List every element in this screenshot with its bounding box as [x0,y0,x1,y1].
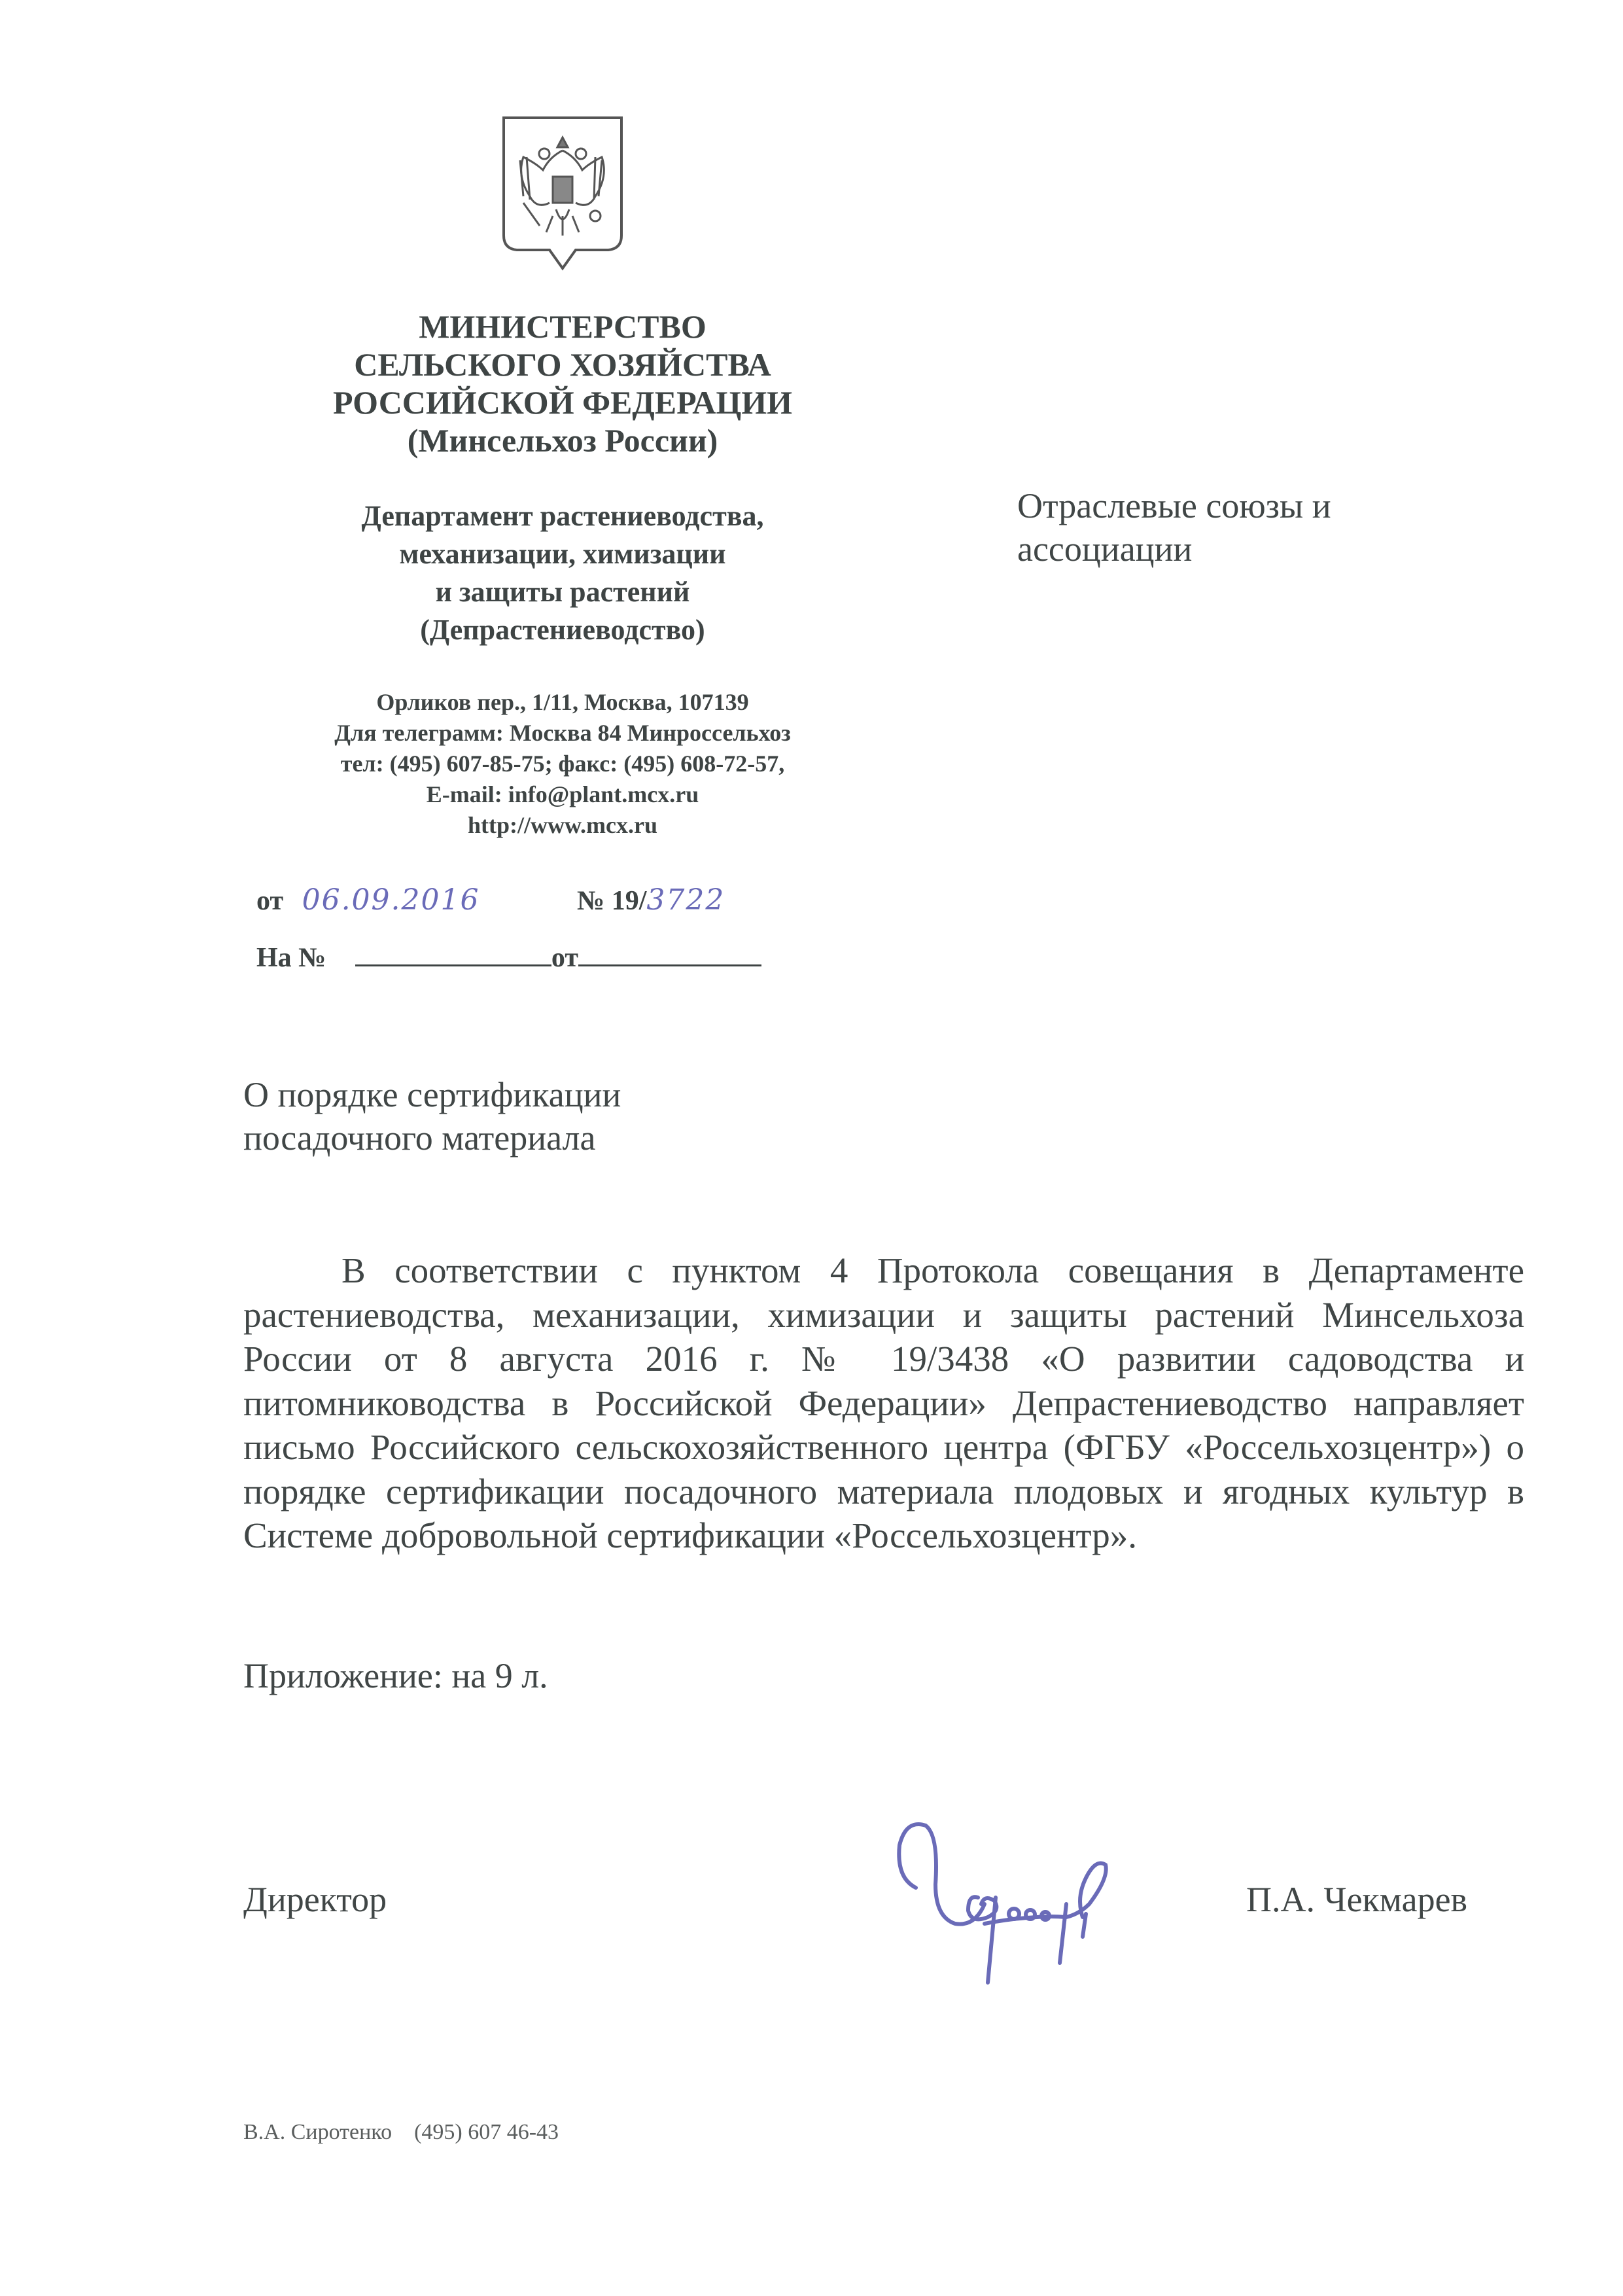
body-paragraph: В соответствии с пунктом 4 Протокола сов… [243,1248,1524,1558]
signatory-name: П.А. Чекмарев [1246,1879,1467,1920]
website-link[interactable]: http://www.mcx.ru [249,810,877,841]
phone-fax: тел: (495) 607-85-75; факс: (495) 608-72… [249,749,877,779]
attachment-note: Приложение: на 9 л. [243,1655,548,1696]
ministry-line: МИНИСТЕРСТВО [249,308,877,345]
ministry-short-name: (Минсельхоз России) [249,421,877,459]
subject-line: посадочного материала [243,1116,621,1159]
number-label: № 19/ [577,886,646,916]
subject-line: О порядке сертификации [243,1073,621,1116]
telegram-address: Для телеграмм: Москва 84 Минроссельхоз [249,718,877,749]
outgoing-number: № 19/3722 [577,883,725,917]
addressee-line: ассоциации [1017,527,1331,571]
outgoing-date: от 06.09.2016 [256,883,480,917]
reply-number-blank [355,942,551,966]
reply-label: На № [256,943,326,973]
executor-contact: В.А. Сиротенко (495) 607 46-43 [243,2120,559,2145]
department-short-name: (Депрастениеводство) [249,611,877,649]
department-line: механизации, химизации [249,535,877,573]
reply-reference: На № от [256,942,761,974]
letter-subject: О порядке сертификации посадочного матер… [243,1073,621,1159]
handwritten-signature-icon [870,1806,1145,1996]
russian-coat-of-arms-icon [497,111,628,275]
department-name: Департамент растениеводства, механизации… [249,497,877,649]
contact-block: Орликов пер., 1/11, Москва, 107139 Для т… [249,687,877,841]
ministry-line: РОССИЙСКОЙ ФЕДЕРАЦИИ [249,383,877,421]
addressee: Отраслевые союзы и ассоциации [1017,484,1331,571]
signatory-title: Директор [243,1879,387,1920]
ministry-name: МИНИСТЕРСТВО СЕЛЬСКОГО ХОЗЯЙСТВА РОССИЙС… [249,308,877,459]
date-label: от [256,886,283,916]
handwritten-number: 3722 [646,883,725,917]
email-link[interactable]: E-mail: info@plant.mcx.ru [249,779,877,810]
reply-from-label: от [551,943,578,973]
postal-address: Орликов пер., 1/11, Москва, 107139 [249,687,877,718]
addressee-line: Отраслевые союзы и [1017,484,1331,527]
department-line: Департамент растениеводства, [249,497,877,535]
ministry-line: СЕЛЬСКОГО ХОЗЯЙСТВА [249,345,877,383]
reply-date-blank [578,942,761,966]
handwritten-date: 06.09.2016 [302,883,480,917]
department-line: и защиты растений [249,573,877,611]
